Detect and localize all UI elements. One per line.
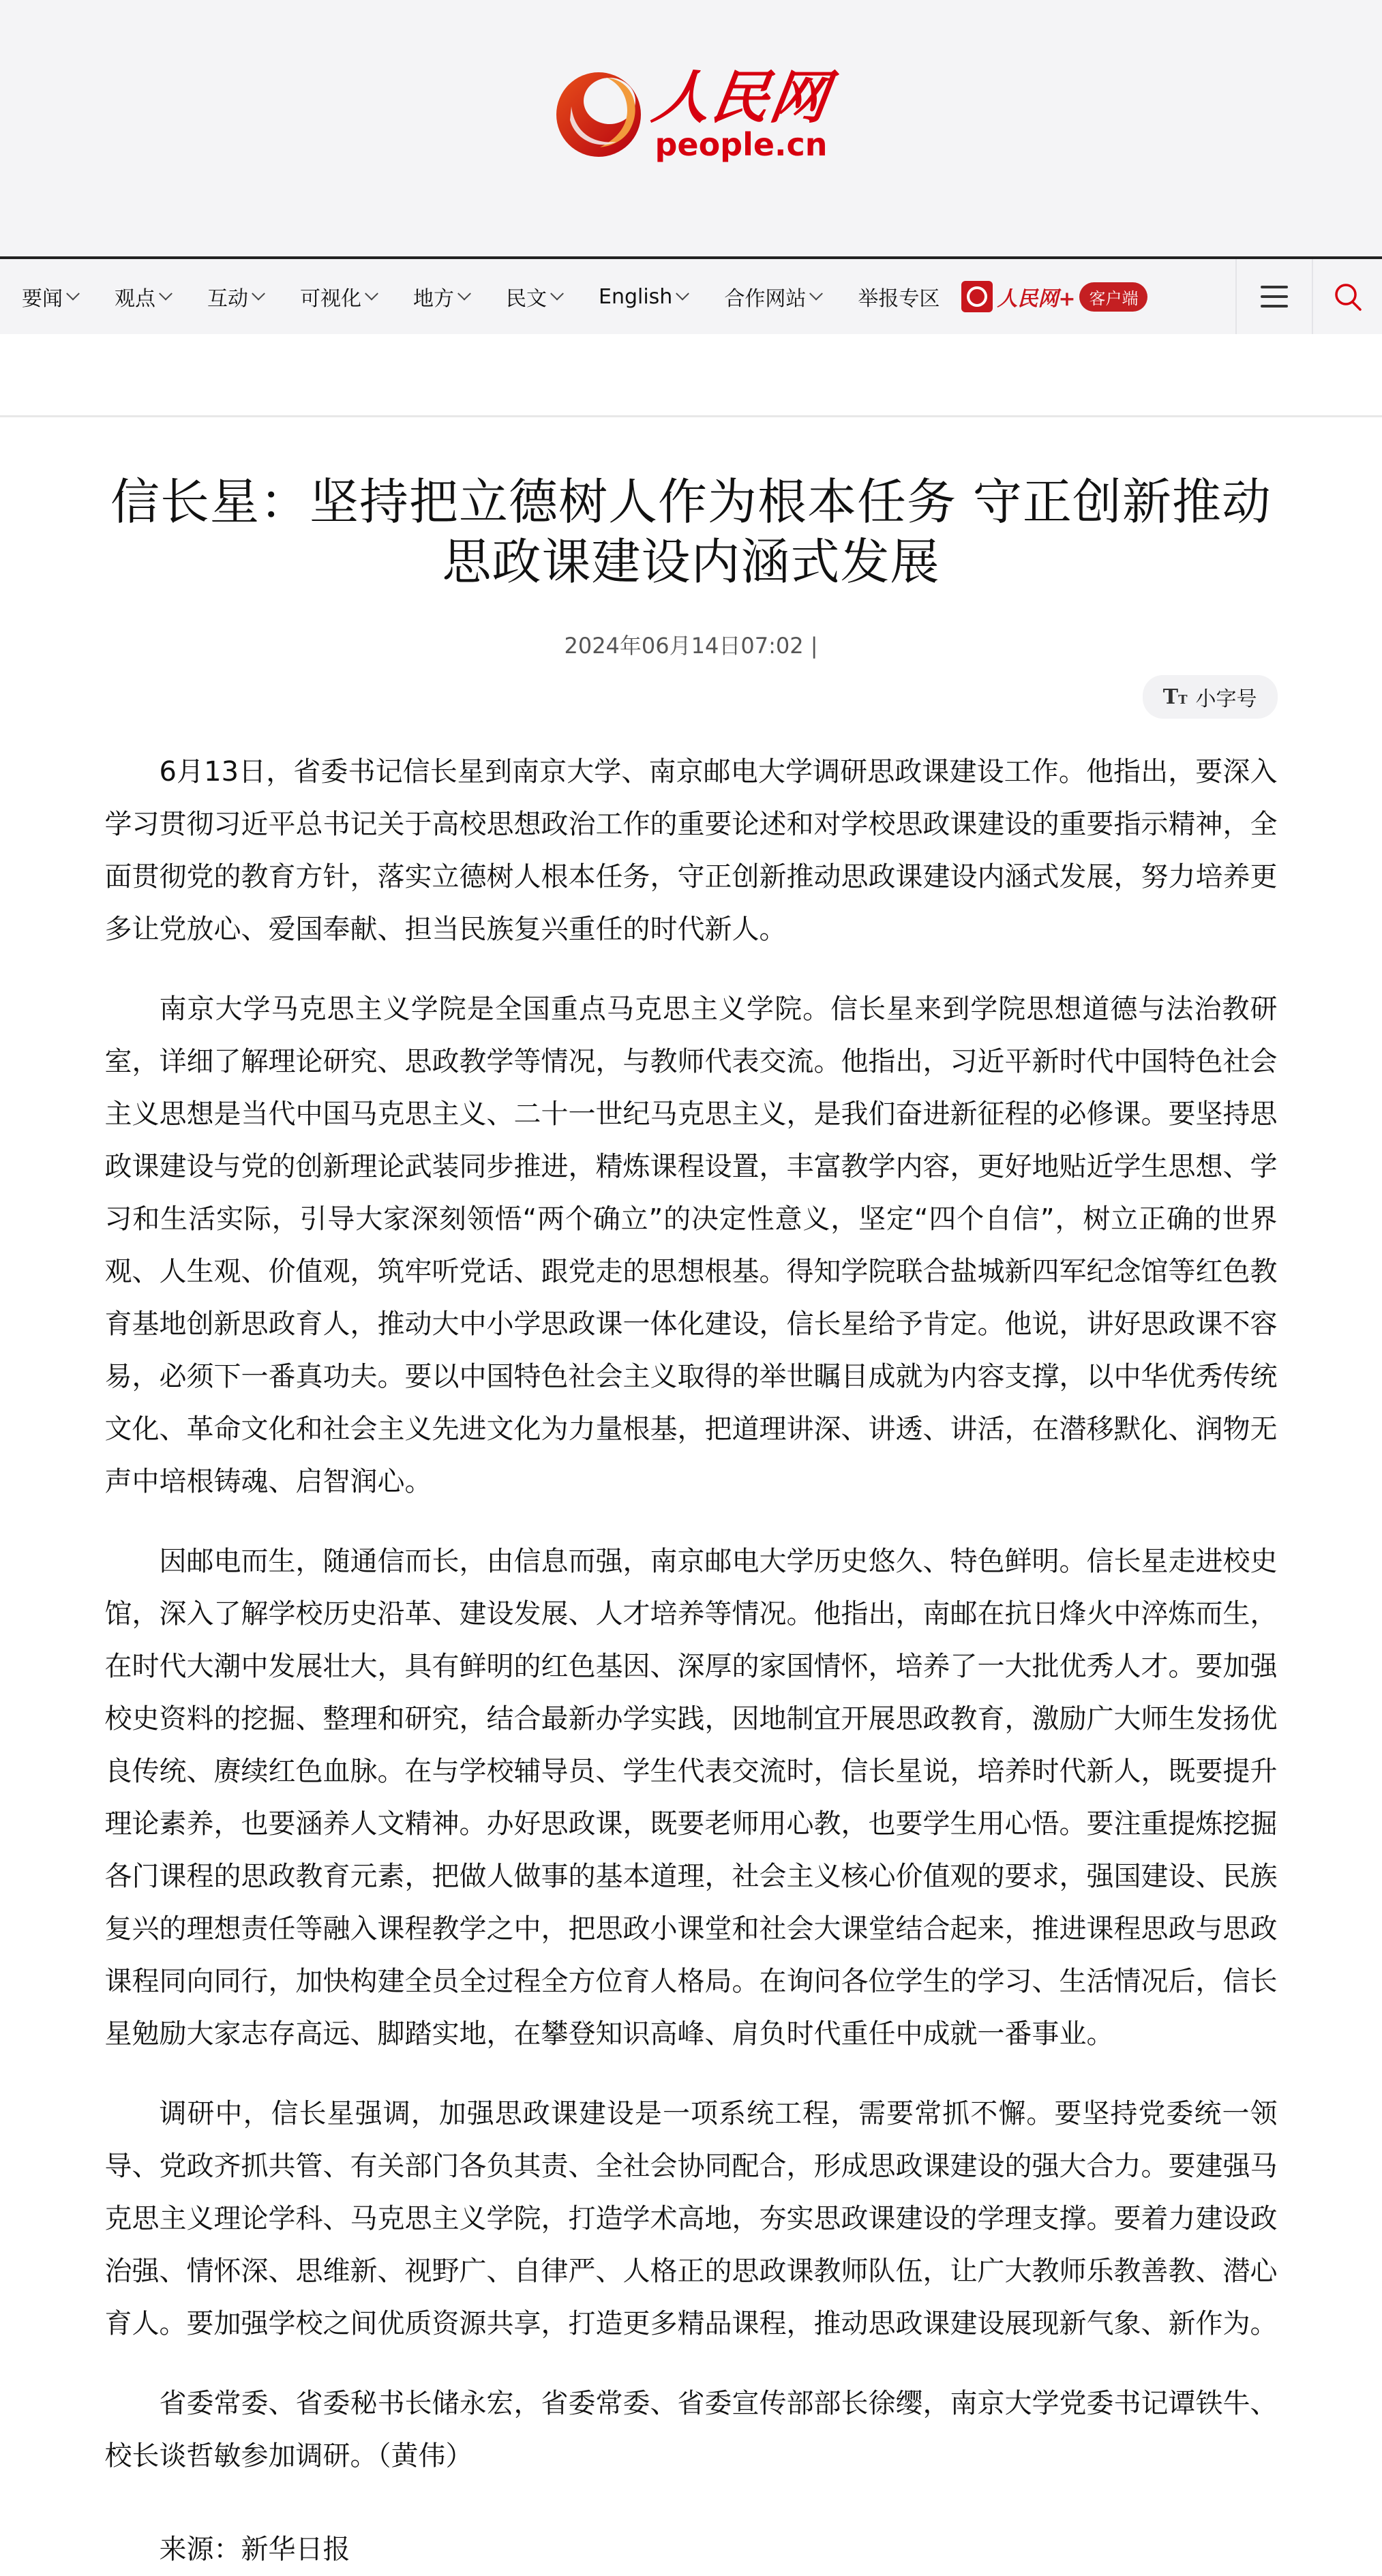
article: 信长星：坚持把立德树人作为根本任务 守正创新推动思政课建设内涵式发展 2024年… — [105, 417, 1278, 2576]
nav-item-interaction[interactable]: 互动 — [207, 282, 263, 312]
article-paragraph: 南京大学马克思主义学院是全国重点马克思主义学院。信长星来到学院思想道德与法治教研… — [105, 983, 1278, 1508]
hamburger-icon — [1261, 295, 1288, 298]
nav-item-visualization[interactable]: 可视化 — [300, 282, 376, 312]
nav-label: 地方 — [413, 282, 454, 312]
article-paragraph: 因邮电而生，随通信而长，由信息而强，南京邮电大学历史悠久、特色鲜明。信长星走进校… — [105, 1536, 1278, 2061]
chevron-down-icon — [457, 287, 471, 301]
nav-item-ethnic-languages[interactable]: 民文 — [506, 282, 562, 312]
article-body: 6月13日，省委书记信长星到南京大学、南京邮电大学调研思政课建设工作。他指出，要… — [105, 746, 1278, 2576]
logo-chinese: 人民网 — [648, 65, 834, 130]
nav-label: 观点 — [115, 282, 155, 312]
chevron-down-icon — [365, 287, 378, 301]
app-download-link[interactable]: 人民网+ 客户端 — [961, 281, 1147, 312]
nav-item-report[interactable]: 举报专区 — [858, 282, 940, 312]
main-nav: 要闻 观点 互动 可视化 地方 民文 English 合作网站 举报专区 人民网… — [0, 256, 1382, 334]
nav-label: 民文 — [506, 282, 547, 312]
logo-english: people.cn — [655, 128, 827, 162]
nav-label: 要闻 — [22, 282, 63, 312]
nav-item-english[interactable]: English — [599, 285, 687, 309]
logo-globe-icon — [551, 65, 646, 161]
article-paragraph: 6月13日，省委书记信长星到南京大学、南京邮电大学调研思政课建设工作。他指出，要… — [105, 746, 1278, 956]
chevron-down-icon — [676, 287, 689, 301]
nav-label: 合作网站 — [724, 282, 806, 312]
chevron-down-icon — [159, 287, 172, 301]
hamburger-icon — [1261, 286, 1288, 288]
app-client-badge: 客户端 — [1079, 282, 1147, 312]
chevron-down-icon — [66, 287, 80, 301]
ad-spacer — [0, 334, 1382, 417]
font-size-label: 小字号 — [1196, 682, 1257, 712]
nav-item-news[interactable]: 要闻 — [22, 282, 78, 312]
search-button[interactable] — [1312, 259, 1382, 334]
article-paragraph: 省委常委、省委秘书长储永宏，省委常委、省委宣传部部长徐缨，南京大学党委书记谭铁牛… — [105, 2378, 1278, 2483]
site-logo[interactable]: 人民网 people.cn — [551, 59, 844, 168]
nav-item-partner-sites[interactable]: 合作网站 — [724, 282, 821, 312]
article-datetime: 2024年06月14日07:02 | — [105, 629, 1278, 660]
article-source: 来源：新华日报 — [105, 2523, 1278, 2576]
nav-label: 可视化 — [300, 282, 361, 312]
nav-item-local[interactable]: 地方 — [413, 282, 469, 312]
app-logo-icon — [961, 281, 993, 312]
nav-item-opinion[interactable]: 观点 — [115, 282, 170, 312]
nav-label: 互动 — [207, 282, 248, 312]
chevron-down-icon — [550, 287, 564, 301]
font-size-toggle[interactable]: TT 小字号 — [1143, 675, 1278, 719]
chevron-down-icon — [809, 287, 823, 301]
article-paragraph: 调研中，信长星强调，加强思政课建设是一项系统工程，需要常抓不懈。要坚持党委统一领… — [105, 2088, 1278, 2350]
hamburger-icon — [1261, 305, 1288, 308]
search-icon — [1333, 282, 1363, 312]
article-title: 信长星：坚持把立德树人作为根本任务 守正创新推动思政课建设内涵式发展 — [105, 472, 1278, 592]
chevron-down-icon — [252, 287, 265, 301]
menu-button[interactable] — [1235, 259, 1312, 334]
app-name: 人民网+ — [997, 282, 1075, 312]
nav-label: 举报专区 — [858, 282, 940, 312]
nav-label: English — [599, 285, 672, 309]
masthead: 人民网 people.cn — [0, 0, 1382, 256]
font-size-icon: TT — [1163, 685, 1188, 709]
